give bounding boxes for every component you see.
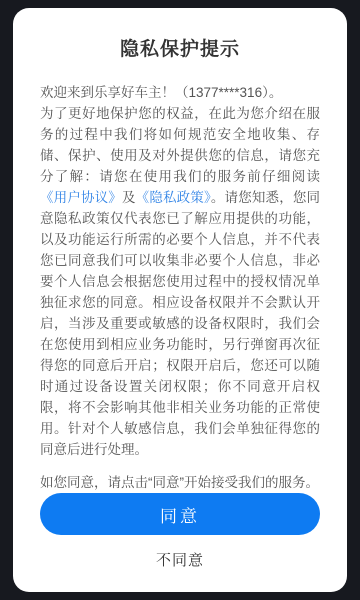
privacy-dialog: 隐私保护提示 欢迎来到乐享好车主！（1377****316）。 为了更好地保护您… [13, 8, 347, 592]
policy-text-3: 。请您知悉，您同意隐私政策仅代表您已了解应用提供的功能，以及功能运行所需的必要个… [40, 190, 320, 457]
app-dark-backdrop: 隐私保护提示 欢迎来到乐享好车主！（1377****316）。 为了更好地保护您… [0, 0, 360, 600]
policy-text-1: 为了更好地保护您的权益，在此为您介绍在服务的过程中我们将如何规范安全地收集、存储… [40, 106, 320, 184]
policy-text-2: 及 [122, 190, 136, 205]
dialog-body: 欢迎来到乐享好车主！（1377****316）。 为了更好地保护您的权益，在此为… [40, 82, 320, 493]
agree-button[interactable]: 同意 [40, 493, 320, 535]
consent-instruction: 如您同意，请点击“同意”开始接受我们的服务。 [40, 472, 320, 493]
user-agreement-link[interactable]: 《用户协议》 [40, 190, 122, 205]
policy-paragraph: 为了更好地保护您的权益，在此为您介绍在服务的过程中我们将如何规范安全地收集、存储… [40, 103, 320, 460]
dialog-actions: 同意 不同意 [40, 493, 320, 575]
privacy-policy-link[interactable]: 《隐私政策》 [136, 190, 211, 205]
welcome-line: 欢迎来到乐享好车主！（1377****316）。 [40, 82, 320, 103]
dialog-title: 隐私保护提示 [40, 34, 320, 61]
disagree-button[interactable]: 不同意 [140, 543, 220, 575]
